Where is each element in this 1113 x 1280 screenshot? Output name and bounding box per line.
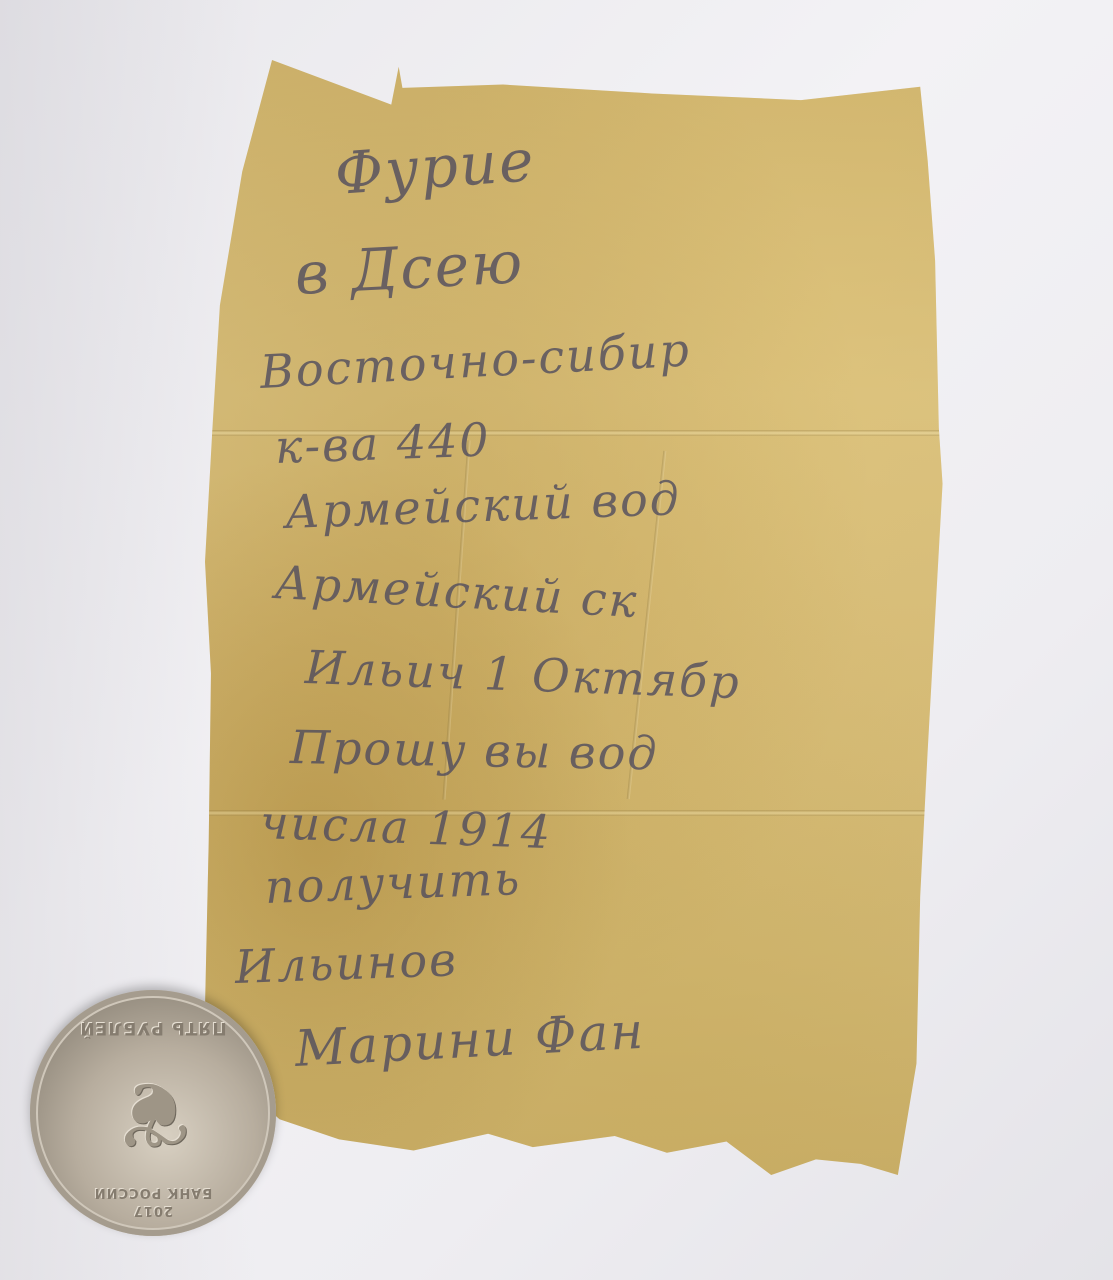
note-line: числа 1914 bbox=[259, 795, 553, 859]
note-line: Ильинов bbox=[234, 932, 459, 994]
note-line: Фурие bbox=[333, 126, 538, 208]
note-line: Армейский вод bbox=[284, 471, 682, 539]
five-ruble-coin: 2017 БАНК РОССИИ ❦ ПЯТЬ РУБЛЕЙ bbox=[30, 990, 276, 1236]
coin-denomination: ПЯТЬ РУБЛЕЙ bbox=[30, 1018, 276, 1038]
coin-year: 2017 bbox=[30, 1203, 276, 1218]
note-line: Восточно-сибир bbox=[259, 322, 693, 398]
note-line: Прошу вы вод bbox=[290, 720, 660, 780]
coin-issuer: БАНК РОССИИ bbox=[30, 1185, 276, 1200]
note-line: в Дсею bbox=[293, 228, 525, 308]
note-line: Армейский ск bbox=[274, 555, 640, 628]
note-signature: Марини Фан bbox=[293, 1002, 646, 1078]
note-line: Ильич 1 Октябр bbox=[304, 640, 742, 709]
handwritten-note: Фурие в Дсею Восточно-сибир к-ва 440 Арм… bbox=[205, 60, 950, 1175]
note-line: получить bbox=[264, 851, 522, 914]
double-headed-eagle-icon: ❦ bbox=[114, 1067, 191, 1159]
note-line: к-ва 440 bbox=[274, 412, 491, 473]
